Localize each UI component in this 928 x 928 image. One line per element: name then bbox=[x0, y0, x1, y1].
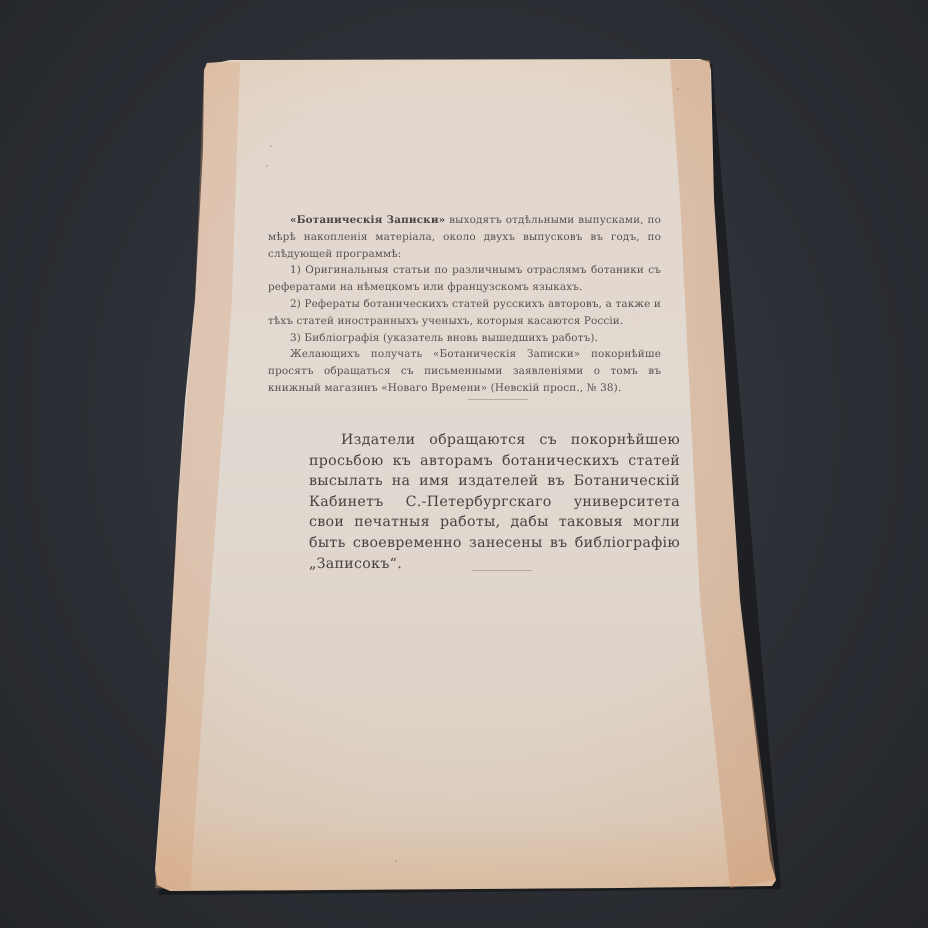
paper-speck bbox=[266, 165, 268, 167]
notice-intro: «Ботаническія Записки» выходятъ отдѣльны… bbox=[268, 212, 661, 262]
paper-speck bbox=[677, 88, 679, 90]
subscription-text: Желающихъ получать «Ботаническія Записки… bbox=[268, 346, 661, 396]
request-text: Издатели обращаются съ покорнѣйшею прось… bbox=[309, 430, 680, 574]
paper-speck bbox=[270, 145, 272, 147]
program-item-2: 2) Рефераты ботаническихъ статей русских… bbox=[268, 296, 661, 330]
photo-scene: «Ботаническія Записки» выходятъ отдѣльны… bbox=[0, 0, 928, 928]
divider-rule bbox=[472, 570, 532, 571]
paper-speck bbox=[395, 860, 397, 862]
divider-rule bbox=[468, 399, 528, 400]
journal-title: «Ботаническія Записки» bbox=[290, 214, 445, 226]
publishers-request: Издатели обращаются съ покорнѣйшею прось… bbox=[309, 430, 680, 574]
program-item-1: 1) Оригинальныя статьи по различнымъ отр… bbox=[268, 262, 661, 296]
journal-notice: «Ботаническія Записки» выходятъ отдѣльны… bbox=[268, 212, 661, 397]
program-item-3: 3) Библіографія (указатель вновь вышедши… bbox=[268, 330, 661, 347]
